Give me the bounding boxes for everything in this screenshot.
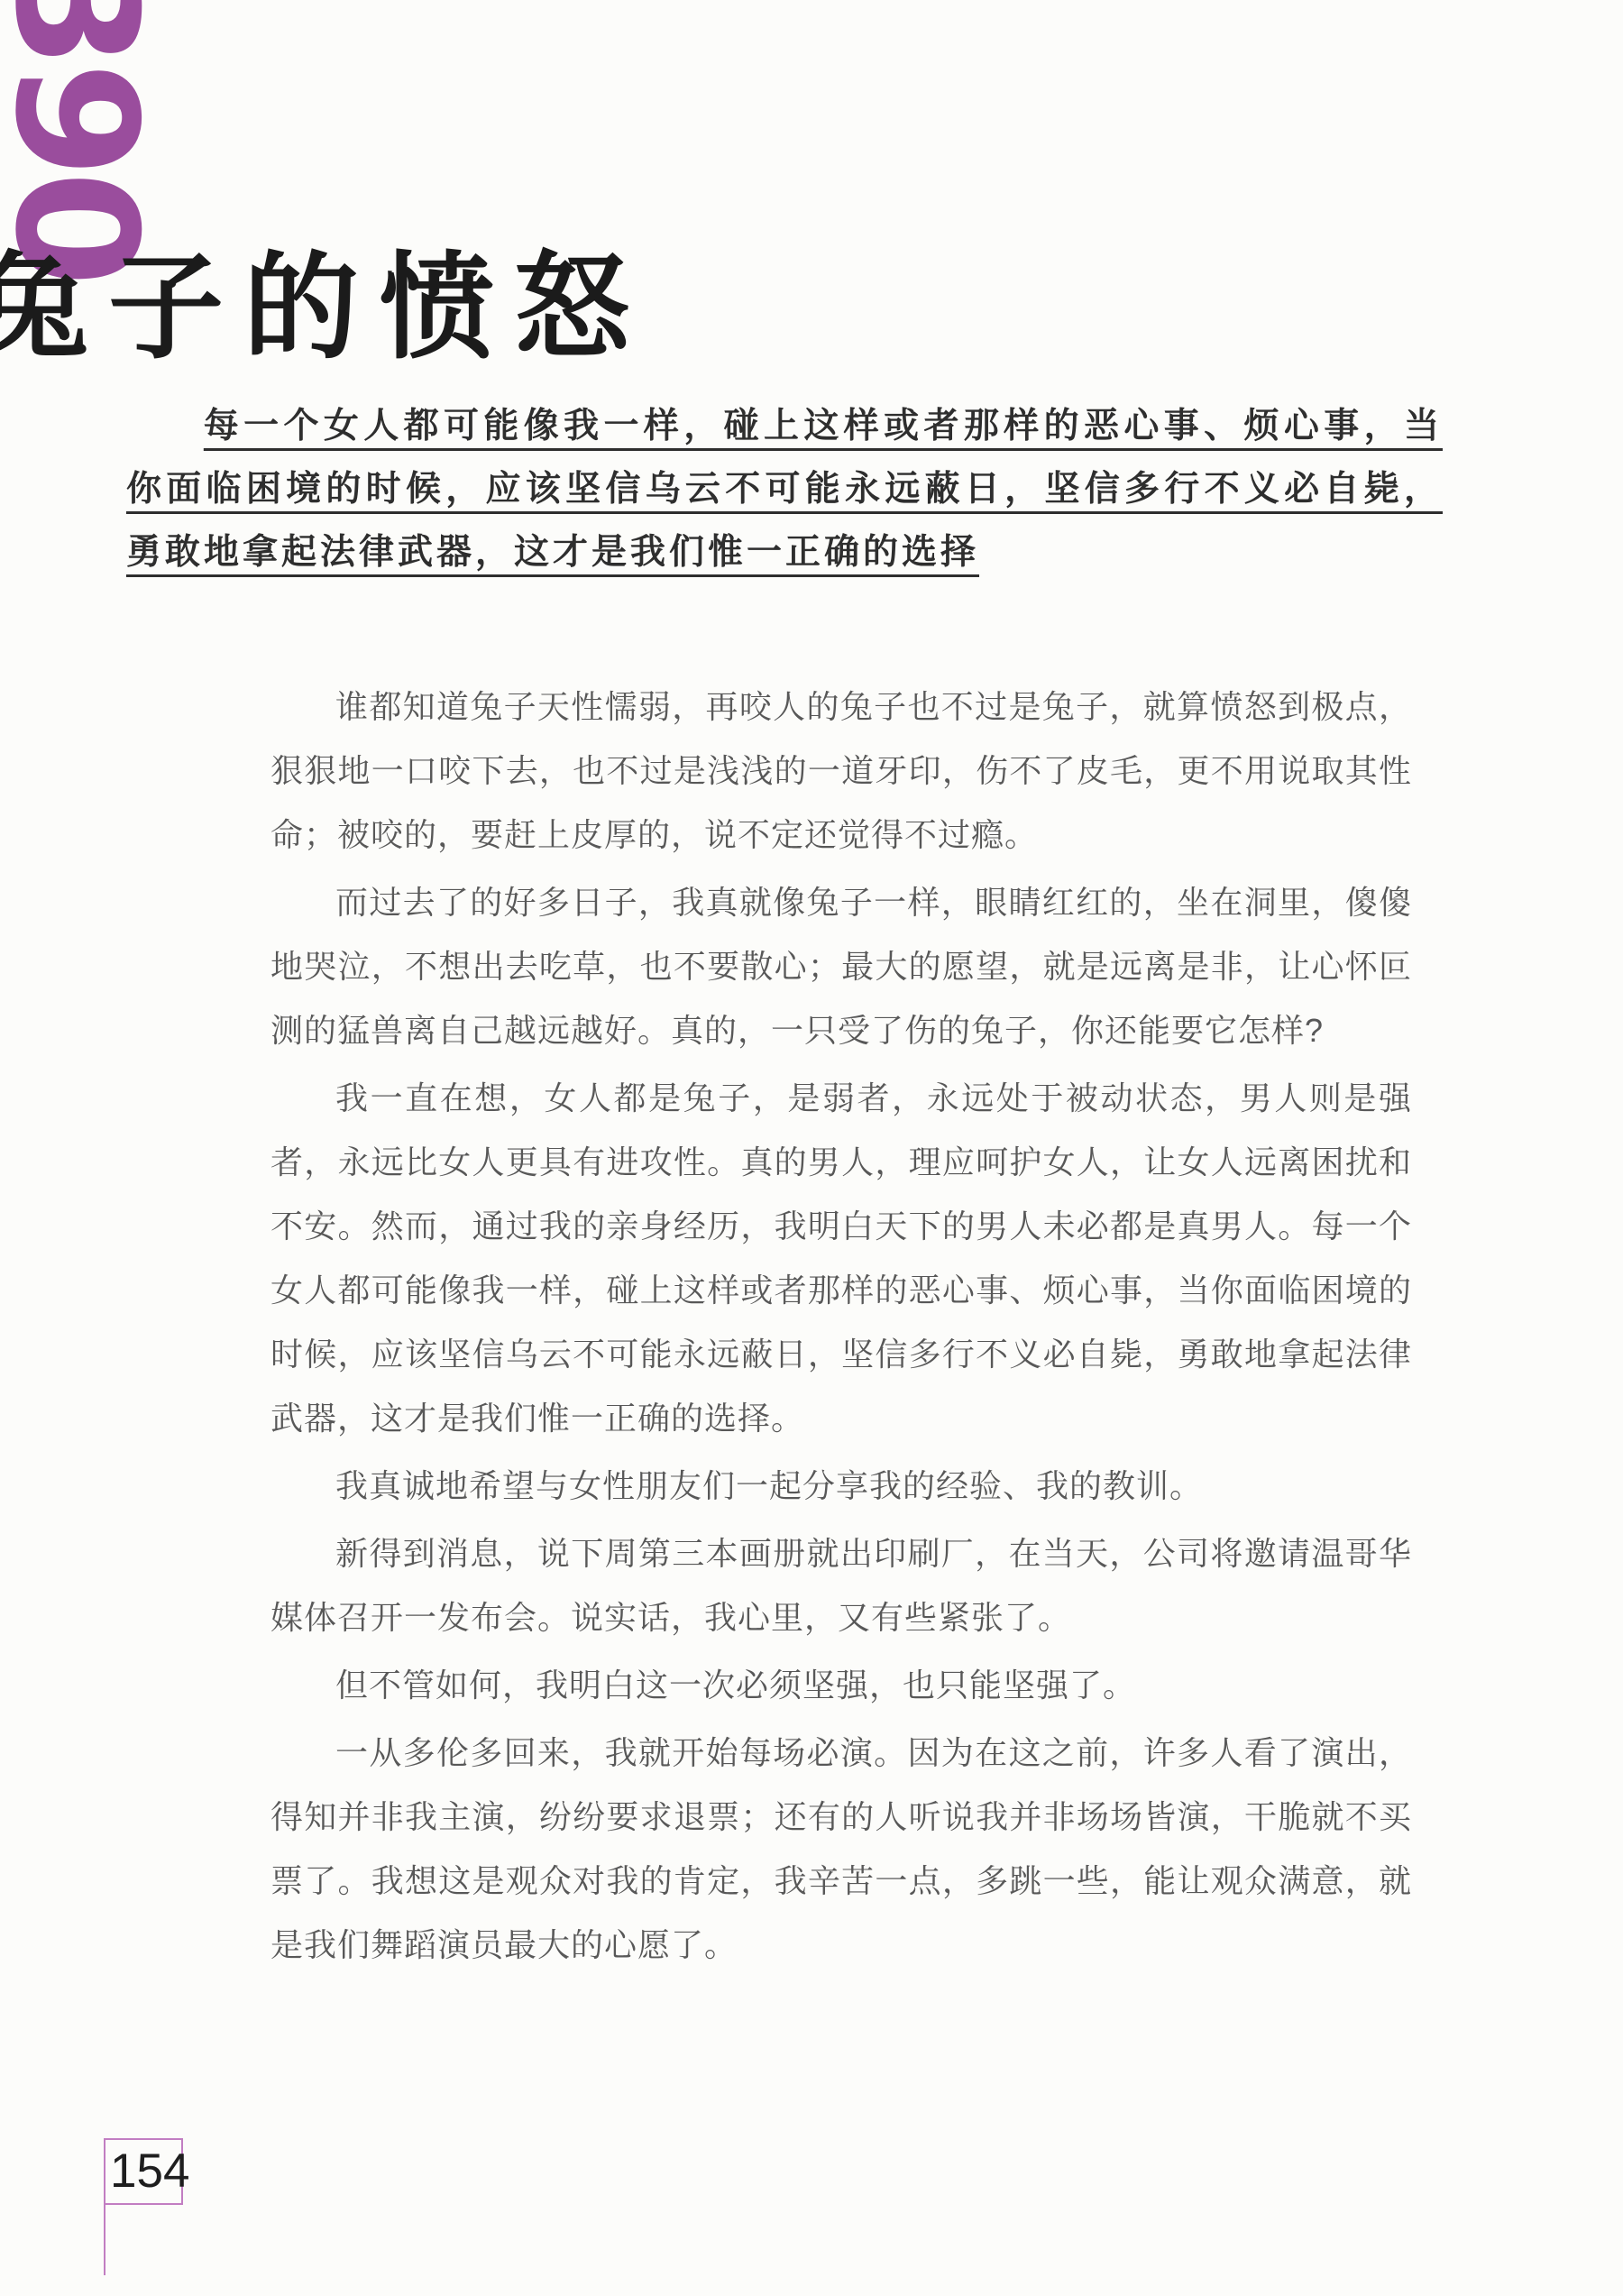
page-edge-line <box>104 2203 105 2275</box>
paragraph: 一从多伦多回来，我就开始每场必演。因为在这之前，许多人看了演出，得知并非我主演，… <box>270 1721 1412 1977</box>
paragraph: 我真诚地希望与女性朋友们一起分享我的经验、我的教训。 <box>270 1454 1412 1518</box>
page-title: 兔子的愤怒 <box>0 251 649 366</box>
paragraph: 而过去了的好多日子，我真就像兔子一样，眼睛红红的，坐在洞里，傻傻地哭泣，不想出去… <box>270 870 1412 1062</box>
paragraph: 我一直在想，女人都是兔子，是弱者，永远处于被动状态，男人则是强者，永远比女人更具… <box>270 1066 1412 1450</box>
article-body: 谁都知道兔子天性懦弱，再咬人的兔子也不过是兔子，就算愤怒到极点，狠狠地一口咬下去… <box>270 675 1412 1980</box>
paragraph: 但不管如何，我明白这一次必须坚强，也只能坚强了。 <box>270 1653 1412 1717</box>
entry-number: 390 <box>0 0 159 280</box>
paragraph: 新得到消息，说下周第三本画册就出印刷厂，在当天，公司将邀请温哥华媒体召开一发布会… <box>270 1521 1412 1649</box>
scanned-book-page: 390 兔子的愤怒 每一个女人都可能像我一样，碰上这样或者那样的恶心事、烦心事，… <box>0 0 1623 2296</box>
page-number: 154 <box>105 2140 181 2203</box>
intro-quote: 每一个女人都可能像我一样，碰上这样或者那样的恶心事、烦心事，当你面临困境的时候，… <box>126 395 1443 584</box>
paragraph: 谁都知道兔子天性懦弱，再咬人的兔子也不过是兔子，就算愤怒到极点，狠狠地一口咬下去… <box>270 675 1412 867</box>
page-number-box: 154 <box>104 2138 183 2205</box>
